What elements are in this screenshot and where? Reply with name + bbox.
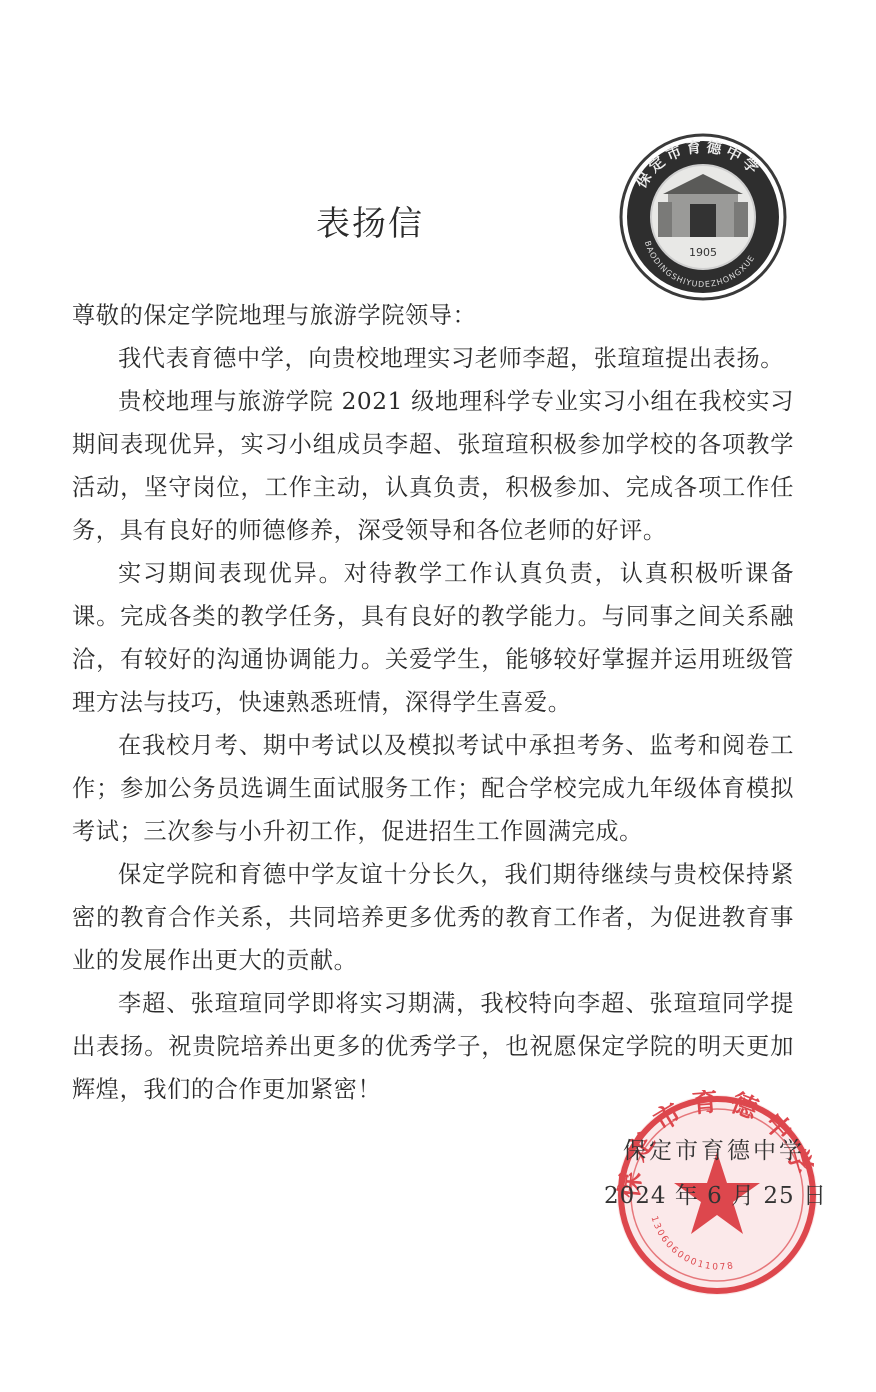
salutation: 尊敬的保定学院地理与旅游学院领导： [72, 294, 794, 337]
date: 2024 年 6 月 25 日 [604, 1177, 827, 1210]
signature: 保定市育德中学 [623, 1132, 805, 1165]
paragraph-2: 贵校地理与旅游学院 2021 级地理科学专业实习小组在我校实习期间表现优异，实习… [72, 380, 794, 552]
svg-text:1905: 1905 [689, 246, 717, 259]
paragraph-4: 在我校月考、期中考试以及模拟考试中承担考务、监考和阅卷工作；参加公务员选调生面试… [72, 724, 794, 853]
paragraph-1: 我代表育德中学，向贵校地理实习老师李超，张瑄瑄提出表扬。 [72, 337, 794, 380]
letter-body: 尊敬的保定学院地理与旅游学院领导： 我代表育德中学，向贵校地理实习老师李超，张瑄… [72, 294, 794, 1111]
paragraph-3: 实习期间表现优异。对待教学工作认真负责，认真积极听课备课。完成各类的教学任务，具… [72, 552, 794, 724]
school-logo-icon: 1905 BAODINGSHIYUDEZHONGXUE 保定市育德中学 [618, 132, 788, 302]
paragraph-5: 保定学院和育德中学友谊十分长久，我们期待继续与贵校保持紧密的教育合作关系，共同培… [72, 853, 794, 982]
